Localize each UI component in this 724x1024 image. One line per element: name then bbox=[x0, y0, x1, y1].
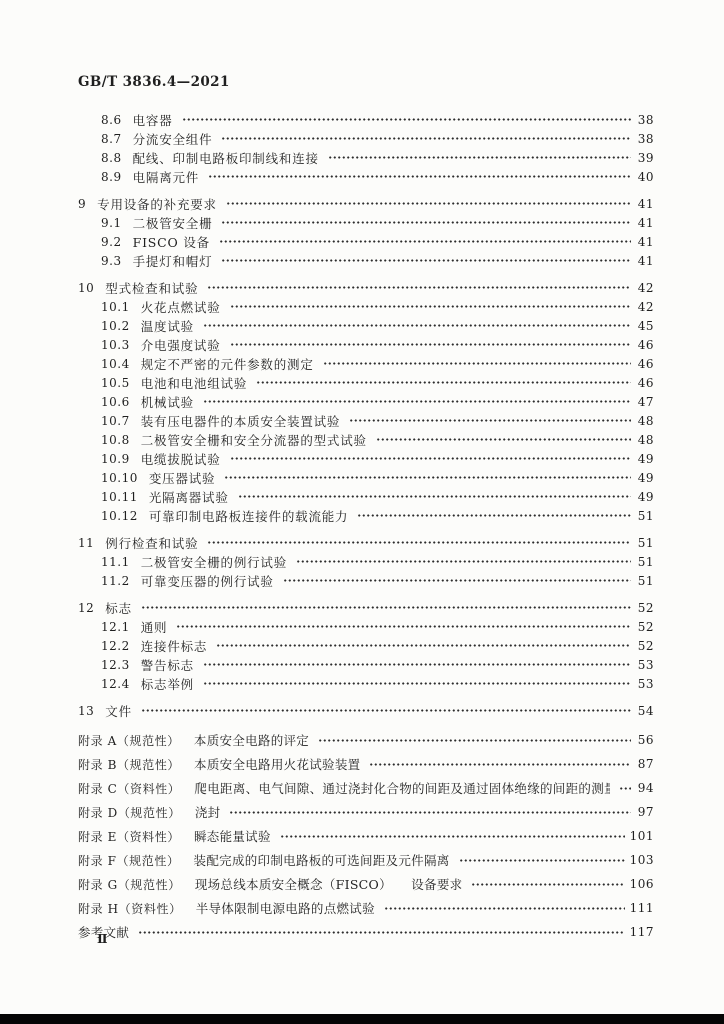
toc-entry: 8.6 电容器 38 bbox=[78, 110, 654, 129]
toc-entry: 附录 B（规范性） 本质安全电路用火花试验装置 87 bbox=[78, 752, 654, 776]
toc-entry-page: 45 bbox=[636, 319, 654, 333]
dot-leader bbox=[229, 809, 631, 816]
toc-entry-title: 电容器 bbox=[133, 111, 173, 129]
toc-entry: 11.1 二极管安全栅的例行试验 51 bbox=[78, 552, 654, 571]
toc-entry-title: 通则 bbox=[141, 618, 168, 636]
toc-entry-title: 温度试验 bbox=[141, 317, 194, 335]
toc-entry-page: 49 bbox=[636, 452, 654, 466]
dot-leader bbox=[203, 661, 631, 668]
toc-entry-page: 101 bbox=[630, 829, 654, 843]
dot-leader bbox=[226, 200, 631, 207]
dot-leader bbox=[182, 116, 632, 123]
toc-entry: 8.8 配线、印制电路板印制线和连接 39 bbox=[78, 148, 654, 167]
toc-entry-number: 8.8 bbox=[101, 151, 122, 165]
toc-entry-title: 警告标志 bbox=[141, 656, 194, 674]
dot-leader bbox=[216, 642, 631, 649]
dot-leader bbox=[141, 707, 631, 714]
toc-entry-title: 浇封 bbox=[195, 803, 221, 821]
toc-entry-number: 10.5 bbox=[101, 376, 130, 390]
toc-entry-title: 火花点燃试验 bbox=[141, 298, 221, 316]
toc-entry-title: 瞬态能量试验 bbox=[194, 827, 271, 845]
toc-entry: 附录 A（规范性） 本质安全电路的评定 56 bbox=[78, 728, 654, 752]
toc-entry: 附录 C（资料性） 爬电距离、电气间隙、通过浇封化合物的间距及通过固体绝缘的间距… bbox=[78, 776, 654, 800]
toc-entry: 10.11 光隔离器试验 49 bbox=[78, 487, 654, 506]
toc-entry-page: 103 bbox=[630, 853, 654, 867]
toc-entry: 附录 F（规范性） 装配完成的印制电路板的可选间距及元件隔离 103 bbox=[78, 848, 654, 872]
dot-leader bbox=[224, 474, 631, 481]
toc-entry-title: FISCO 设备 bbox=[133, 233, 210, 251]
toc-entry-title: 电缆拔脱试验 bbox=[141, 450, 221, 468]
dot-leader bbox=[328, 154, 631, 161]
standard-number-header: GB/T 3836.4—2021 bbox=[78, 74, 654, 90]
toc-entry-number: 10.9 bbox=[101, 452, 130, 466]
toc-entry-title: 二极管安全栅 bbox=[133, 214, 213, 232]
toc-entry-page: 51 bbox=[636, 509, 654, 523]
toc-entry-title: 标志举例 bbox=[141, 675, 194, 693]
dot-leader bbox=[619, 785, 631, 792]
toc-entry-title: 现场总线本质安全概念（FISCO） 设备要求 bbox=[195, 875, 463, 893]
dot-leader bbox=[280, 833, 625, 840]
toc-entry-page: 41 bbox=[636, 235, 654, 249]
toc-entry-number: 12.4 bbox=[101, 677, 130, 691]
dot-leader bbox=[207, 539, 631, 546]
toc-entry-title: 手提灯和帽灯 bbox=[133, 252, 213, 270]
toc-entry-page: 46 bbox=[636, 376, 654, 390]
toc-entry-page: 41 bbox=[636, 216, 654, 230]
toc-entry: 附录 D（规范性） 浇封 97 bbox=[78, 800, 654, 824]
toc-entry: 9.2 FISCO 设备 41 bbox=[78, 232, 654, 251]
toc-entry: 12.4 标志举例 53 bbox=[78, 674, 654, 693]
toc-entry-number: 10.11 bbox=[101, 490, 138, 504]
toc-entry: 10.3 介电强度试验 46 bbox=[78, 335, 654, 354]
toc-entry-number: 9.1 bbox=[101, 216, 122, 230]
toc-entry: 10.10 变压器试验 49 bbox=[78, 468, 654, 487]
toc-entry-page: 39 bbox=[636, 151, 654, 165]
toc-entry-title: 连接件标志 bbox=[141, 637, 208, 655]
toc-entry-page: 41 bbox=[636, 197, 654, 211]
dot-leader bbox=[221, 135, 631, 142]
dot-leader bbox=[376, 436, 631, 443]
toc-entry-number: 9.3 bbox=[101, 254, 122, 268]
toc-entry-number: 11 bbox=[78, 536, 94, 550]
dot-leader bbox=[203, 398, 631, 405]
toc-entry-page: 56 bbox=[636, 733, 654, 747]
toc-entry-page: 106 bbox=[630, 877, 654, 891]
dot-leader bbox=[357, 512, 631, 519]
toc-entry-page: 40 bbox=[636, 170, 654, 184]
toc-entry-page: 51 bbox=[636, 536, 654, 550]
toc-entry-number: 附录 E（资料性） bbox=[78, 828, 180, 845]
toc-entry: 10.7 装有压电器件的本质安全装置试验 48 bbox=[78, 411, 654, 430]
dot-leader bbox=[296, 558, 631, 565]
toc-entry: 10 型式检查和试验 42 bbox=[78, 278, 654, 297]
toc-entry-number: 12.3 bbox=[101, 658, 130, 672]
toc-entry-number: 附录 C（资料性） bbox=[78, 780, 180, 797]
dot-leader bbox=[203, 680, 631, 687]
toc-entry-title: 专用设备的补充要求 bbox=[97, 195, 217, 213]
toc-entry-page: 49 bbox=[636, 490, 654, 504]
dot-leader bbox=[471, 881, 624, 888]
toc-entry: 10.8 二极管安全栅和安全分流器的型式试验 48 bbox=[78, 430, 654, 449]
toc-entry-title: 分流安全组件 bbox=[133, 130, 213, 148]
toc-entry-number: 10.10 bbox=[101, 471, 138, 485]
toc-entry-number: 11.1 bbox=[101, 555, 130, 569]
toc-entry-number: 8.6 bbox=[101, 113, 122, 127]
toc-entry-page: 38 bbox=[636, 113, 654, 127]
toc-entry-title: 机械试验 bbox=[141, 393, 194, 411]
toc-entry: 12.2 连接件标志 52 bbox=[78, 636, 654, 655]
toc-entry-number: 8.9 bbox=[101, 170, 122, 184]
toc-entry: 10.4 规定不严密的元件参数的测定 46 bbox=[78, 354, 654, 373]
dot-leader bbox=[176, 623, 631, 630]
dot-leader bbox=[369, 761, 631, 768]
toc-entry-page: 46 bbox=[636, 357, 654, 371]
toc-entry-number: 10 bbox=[78, 281, 94, 295]
toc-entry-title: 配线、印制电路板印制线和连接 bbox=[133, 149, 319, 167]
toc-entry-title: 可靠变压器的例行试验 bbox=[141, 572, 274, 590]
dot-leader bbox=[384, 905, 625, 912]
dot-leader bbox=[283, 577, 631, 584]
dot-leader bbox=[459, 857, 625, 864]
toc-entry-page: 51 bbox=[636, 574, 654, 588]
toc-entry-number: 附录 G（规范性） bbox=[78, 876, 181, 893]
dot-leader bbox=[138, 929, 624, 936]
toc-entry-number: 10.7 bbox=[101, 414, 130, 428]
toc-entry: 12 标志 52 bbox=[78, 598, 654, 617]
toc-entry-number: 附录 A（规范性） bbox=[78, 732, 180, 749]
toc-entry-number: 12.2 bbox=[101, 639, 130, 653]
toc-entry-title: 变压器试验 bbox=[149, 469, 216, 487]
toc-entry-number: 12 bbox=[78, 601, 94, 615]
dot-leader bbox=[256, 379, 631, 386]
toc-entry: 9.1 二极管安全栅 41 bbox=[78, 213, 654, 232]
toc-entry: 10.2 温度试验 45 bbox=[78, 316, 654, 335]
dot-leader bbox=[318, 737, 631, 744]
toc-entry-title: 型式检查和试验 bbox=[105, 279, 198, 297]
toc-entry-page: 53 bbox=[636, 658, 654, 672]
toc-entry-page: 51 bbox=[636, 555, 654, 569]
toc-entry-page: 41 bbox=[636, 254, 654, 268]
toc-entry-title: 规定不严密的元件参数的测定 bbox=[141, 355, 314, 373]
toc-entry-title: 电池和电池组试验 bbox=[141, 374, 247, 392]
dot-leader bbox=[230, 455, 631, 462]
scan-edge-artifact bbox=[0, 1014, 724, 1024]
toc-entry: 12.3 警告标志 53 bbox=[78, 655, 654, 674]
toc-entry-title: 标志 bbox=[105, 599, 132, 617]
toc-entry: 附录 G（规范性） 现场总线本质安全概念（FISCO） 设备要求 106 bbox=[78, 872, 654, 896]
toc-entry: 参考文献 117 bbox=[78, 920, 654, 944]
toc-entry: 10.1 火花点燃试验 42 bbox=[78, 297, 654, 316]
toc-entry-title: 电隔离元件 bbox=[133, 168, 200, 186]
toc-entry: 10.5 电池和电池组试验 46 bbox=[78, 373, 654, 392]
dot-leader bbox=[221, 257, 631, 264]
footer-page-number: Ⅱ bbox=[97, 931, 109, 946]
toc-entry-number: 8.7 bbox=[101, 132, 122, 146]
toc-entry-number: 附录 B（规范性） bbox=[78, 756, 180, 773]
toc-entry-page: 94 bbox=[636, 781, 654, 795]
toc-entry: 8.7 分流安全组件 38 bbox=[78, 129, 654, 148]
toc-entry-title: 二极管安全栅和安全分流器的型式试验 bbox=[141, 431, 367, 449]
toc-entry-page: 38 bbox=[636, 132, 654, 146]
toc-entry-title: 可靠印制电路板连接件的载流能力 bbox=[149, 507, 349, 525]
toc-entry-title: 半导体限制电源电路的点燃试验 bbox=[196, 899, 375, 917]
toc-entry-page: 52 bbox=[636, 601, 654, 615]
toc-entry-page: 48 bbox=[636, 433, 654, 447]
dot-leader bbox=[141, 604, 631, 611]
toc-entry-number: 10.4 bbox=[101, 357, 130, 371]
toc-entry: 9 专用设备的补充要求 41 bbox=[78, 194, 654, 213]
toc-entry-number: 10.3 bbox=[101, 338, 130, 352]
dot-leader bbox=[203, 322, 631, 329]
dot-leader bbox=[238, 493, 631, 500]
toc-entry: 10.12 可靠印制电路板连接件的载流能力 51 bbox=[78, 506, 654, 525]
toc-entry-page: 97 bbox=[636, 805, 654, 819]
toc-entry-page: 53 bbox=[636, 677, 654, 691]
toc-entry-title: 爬电距离、电气间隙、通过浇封化合物的间距及通过固体绝缘的间距的测量 bbox=[194, 779, 610, 797]
toc-entry-page: 87 bbox=[636, 757, 654, 771]
toc-entry-number: 10.1 bbox=[101, 300, 130, 314]
toc-entry-page: 111 bbox=[630, 901, 654, 915]
toc-entry-page: 48 bbox=[636, 414, 654, 428]
dot-leader bbox=[208, 173, 631, 180]
toc-entry: 附录 H（资料性） 半导体限制电源电路的点燃试验 111 bbox=[78, 896, 654, 920]
toc-entry-title: 本质安全电路的评定 bbox=[194, 731, 309, 749]
toc-entry-title: 本质安全电路用火花试验装置 bbox=[194, 755, 360, 773]
toc-entry-page: 52 bbox=[636, 639, 654, 653]
toc-entry-number: 9 bbox=[78, 197, 86, 211]
toc-entry: 附录 E（资料性） 瞬态能量试验 101 bbox=[78, 824, 654, 848]
toc-entry: 11 例行检查和试验 51 bbox=[78, 533, 654, 552]
dot-leader bbox=[323, 360, 631, 367]
toc-entry-number: 13 bbox=[78, 704, 94, 718]
toc-entry-page: 42 bbox=[636, 281, 654, 295]
toc-entry: 13 文件 54 bbox=[78, 701, 654, 720]
toc: 8.6 电容器 38 8.7 分流安全组件 38 8.8 配线、印制电路板印制线… bbox=[78, 110, 654, 944]
toc-entry: 10.9 电缆拔脱试验 49 bbox=[78, 449, 654, 468]
dot-leader bbox=[221, 219, 631, 226]
toc-entry-number: 9.2 bbox=[101, 235, 122, 249]
toc-entry-number: 10.6 bbox=[101, 395, 130, 409]
toc-entry: 10.6 机械试验 47 bbox=[78, 392, 654, 411]
toc-entry-page: 54 bbox=[636, 704, 654, 718]
toc-entry-number: 12.1 bbox=[101, 620, 130, 634]
toc-entry: 11.2 可靠变压器的例行试验 51 bbox=[78, 571, 654, 590]
toc-entry-title: 装有压电器件的本质安全装置试验 bbox=[141, 412, 341, 430]
page-content: GB/T 3836.4—2021 8.6 电容器 38 8.7 分流安全组件 3… bbox=[78, 74, 654, 944]
toc-entry-number: 10.2 bbox=[101, 319, 130, 333]
toc-entry-title: 例行检查和试验 bbox=[105, 534, 198, 552]
toc-entry-page: 49 bbox=[636, 471, 654, 485]
toc-entry: 9.3 手提灯和帽灯 41 bbox=[78, 251, 654, 270]
toc-entry-title: 二极管安全栅的例行试验 bbox=[141, 553, 287, 571]
dot-leader bbox=[219, 238, 631, 245]
toc-entry-title: 光隔离器试验 bbox=[149, 488, 229, 506]
toc-entry-number: 附录 H（资料性） bbox=[78, 900, 182, 917]
toc-entry: 8.9 电隔离元件 40 bbox=[78, 167, 654, 186]
toc-entry-number: 附录 F（规范性） bbox=[78, 852, 180, 869]
toc-entry-number: 10.8 bbox=[101, 433, 130, 447]
toc-entry-page: 117 bbox=[630, 925, 654, 939]
scanned-document-page: GB/T 3836.4—2021 8.6 电容器 38 8.7 分流安全组件 3… bbox=[0, 0, 724, 1024]
dot-leader bbox=[207, 284, 631, 291]
dot-leader bbox=[230, 341, 631, 348]
dot-leader bbox=[230, 303, 631, 310]
toc-entry: 12.1 通则 52 bbox=[78, 617, 654, 636]
toc-entry-title: 文件 bbox=[105, 702, 132, 720]
toc-entry-number: 11.2 bbox=[101, 574, 130, 588]
toc-entry-page: 52 bbox=[636, 620, 654, 634]
toc-entry-number: 10.12 bbox=[101, 509, 138, 523]
dot-leader bbox=[349, 417, 631, 424]
toc-entry-page: 47 bbox=[636, 395, 654, 409]
toc-entry-title: 介电强度试验 bbox=[141, 336, 221, 354]
toc-entry-number: 附录 D（规范性） bbox=[78, 804, 181, 821]
toc-entry-title: 装配完成的印制电路板的可选间距及元件隔离 bbox=[194, 851, 450, 869]
toc-entry-page: 46 bbox=[636, 338, 654, 352]
toc-entry-page: 42 bbox=[636, 300, 654, 314]
